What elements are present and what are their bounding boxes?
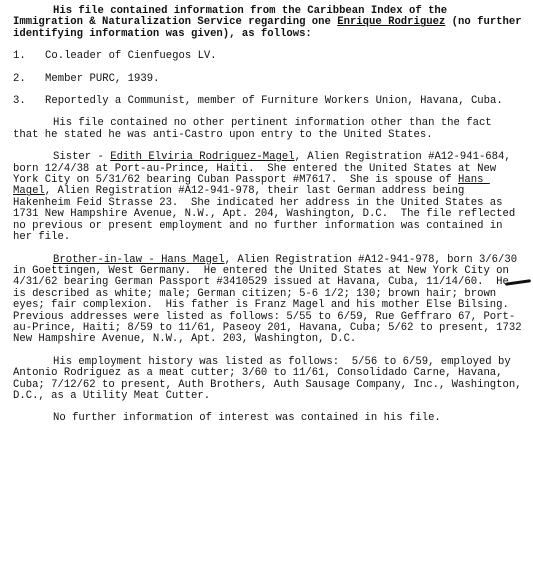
list-number: 2. bbox=[13, 74, 45, 85]
subject-name: Enrique Rodriguez bbox=[337, 16, 445, 28]
brother-in-law-text: , Alien Registration #A12-941-978, born … bbox=[13, 254, 528, 346]
list-item: 1. Co.leader of Cienfuegos LV. bbox=[13, 51, 523, 62]
list-text: Reportedly a Communist, member of Furnit… bbox=[45, 96, 523, 107]
sister-label: Sister - bbox=[53, 151, 110, 163]
brother-in-law-label: Brother-in-law - Hans Magel bbox=[53, 254, 225, 266]
document-page: His file contained information from the … bbox=[13, 6, 523, 425]
employment-paragraph: His employment history was listed as fol… bbox=[13, 357, 523, 403]
sister-name: Edith Elviria Rodriguez-Magel bbox=[110, 151, 294, 163]
sister-text-rest: , Alien Registration #A12-941-978, their… bbox=[13, 185, 522, 243]
intro-paragraph: His file contained information from the … bbox=[13, 6, 523, 40]
list-number: 3. bbox=[13, 96, 45, 107]
list-item: 2. Member PURC, 1939. bbox=[13, 74, 523, 85]
list-item: 3. Reportedly a Communist, member of Fur… bbox=[13, 96, 523, 107]
no-other-info-paragraph: His file contained no other pertinent in… bbox=[13, 118, 523, 141]
list-text: Member PURC, 1939. bbox=[45, 74, 523, 85]
closing-paragraph: No further information of interest was c… bbox=[13, 413, 523, 424]
list-number: 1. bbox=[13, 51, 45, 62]
brother-in-law-paragraph: Brother-in-law - Hans Magel, Alien Regis… bbox=[13, 255, 523, 346]
list-text: Co.leader of Cienfuegos LV. bbox=[45, 51, 523, 62]
sister-paragraph: Sister - Edith Elviria Rodriguez-Magel, … bbox=[13, 152, 523, 243]
info-list: 1. Co.leader of Cienfuegos LV. 2. Member… bbox=[13, 51, 523, 107]
